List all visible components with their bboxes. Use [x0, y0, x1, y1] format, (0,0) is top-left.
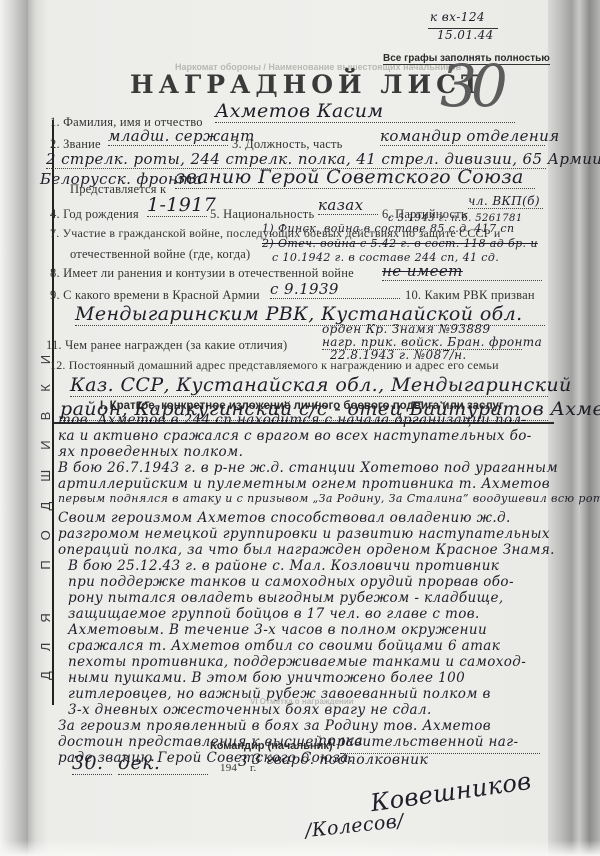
field-9-value: с 9.1939: [270, 280, 400, 299]
narrative-line: защищаемое группой бойцов в 17 чел. во г…: [68, 606, 480, 622]
field-9-label: 9. С какого времени в Красной Армии: [50, 288, 260, 303]
scan-left-edge: [0, 0, 28, 856]
field-2-value: младш. сержант: [108, 127, 228, 146]
narrative-line: рону пытался овладеть выгодным рубежом -…: [68, 590, 504, 606]
field-3-value-line1: командир отделения: [380, 127, 545, 146]
commander-rank: 3 гвард. подполковник: [252, 752, 428, 768]
narrative-line: В бою 26.7.1943 г. в р-не ж.д. станции Х…: [58, 460, 558, 476]
narrative-line: ях проведенных полком.: [58, 444, 243, 460]
narrative-line: первым поднялся в атаку и с призывом „За…: [58, 492, 600, 505]
narrative-line: ка и активно сражался с врагом во всех н…: [58, 428, 532, 444]
narrative-line: За героизм проявленный в боях за Родину …: [58, 718, 491, 734]
registry-mark-date: 15.01.44: [437, 28, 494, 42]
field-12-label: 12. Постоянный домашний адрес представля…: [50, 358, 499, 373]
narrative-line: Ахметовым. В течение 3-х часов в полном …: [68, 622, 487, 638]
commander-label: Командир (начальник): [210, 740, 333, 752]
margin-filing-label: ДЛЯ ПОДШИВКИ: [38, 335, 53, 680]
narrative-line: при поддержке танков и самоходных орудий…: [68, 574, 514, 590]
field-11-label: 11. Чем ранее награжден (за какие отличи…: [46, 338, 287, 353]
narrative-line: тов. Ахметов в 244 сп находится с начала…: [58, 412, 526, 428]
field-6-value: чл. ВКП(б): [468, 194, 543, 209]
narrative-line: разгромом немецкой группировки и развити…: [58, 526, 550, 542]
page-title: НАГРАДНОЙ ЛИСТ: [130, 70, 485, 99]
date-month: дек.: [118, 752, 208, 775]
field-7-value-line2: 2) Отеч. война с 5.42 г. в сост. 118 ад …: [262, 237, 538, 250]
date-day: 30.: [72, 752, 112, 775]
field-8-label: 8. Имеет ли ранения и контузии в отечест…: [50, 266, 354, 281]
narrative-line: ными пушками. В этом бою уничтожено боле…: [68, 670, 465, 686]
field-11-value-line1: орден Кр. Знамя №93889: [322, 322, 491, 336]
narrative-line: В бою 25.12.43 г. в районе с. Мал. Козло…: [68, 558, 499, 574]
scan-bottom-edge: [0, 840, 600, 856]
field-4-value: 1-1917: [147, 194, 207, 217]
narrative-line: Своим героизмом Ахметов способствовал ов…: [58, 510, 511, 526]
narrative-line: операций полка, за что был награжден орд…: [58, 542, 555, 558]
represented-value: званию Герой Советского Союза: [175, 166, 535, 189]
narrative-line: сражался т. Ахметов отбил со своими бойц…: [68, 638, 500, 654]
commander-unit: полка: [318, 733, 363, 749]
year-prefix: 194: [220, 762, 237, 774]
year-suffix: 3: [238, 752, 248, 770]
field-5-label: 5. Национальность: [210, 207, 314, 222]
registry-mark-top: к вх-124: [430, 10, 485, 24]
field-10-label: 10. Каким РВК призван: [405, 288, 535, 303]
field-1-value: Ахметов Касим: [215, 100, 515, 123]
field-8-value: не имеет: [382, 262, 542, 281]
field-5-value: казах: [318, 196, 378, 215]
narrative-line: пехоты противника, поддерживаемые танкам…: [68, 654, 526, 670]
narrative-line: артиллерийским и пулеметным огнем против…: [58, 476, 550, 492]
section-1-heading: I. Краткое, конкретное изложение личного…: [100, 400, 504, 412]
field-12-value-line1: Каз. ССР, Кустанайская обл., Мендыгаринс…: [70, 374, 548, 397]
field-7-label-line2: отечественной войне (где, когда): [70, 247, 250, 262]
field-7-value-line1: 1) Финск. война в составе 85 с.д. 417 сп: [262, 222, 514, 235]
field-4-label: 4. Год рождения: [50, 207, 139, 222]
faint-section-6-heading: VI Отметка о награждении: [250, 697, 354, 706]
